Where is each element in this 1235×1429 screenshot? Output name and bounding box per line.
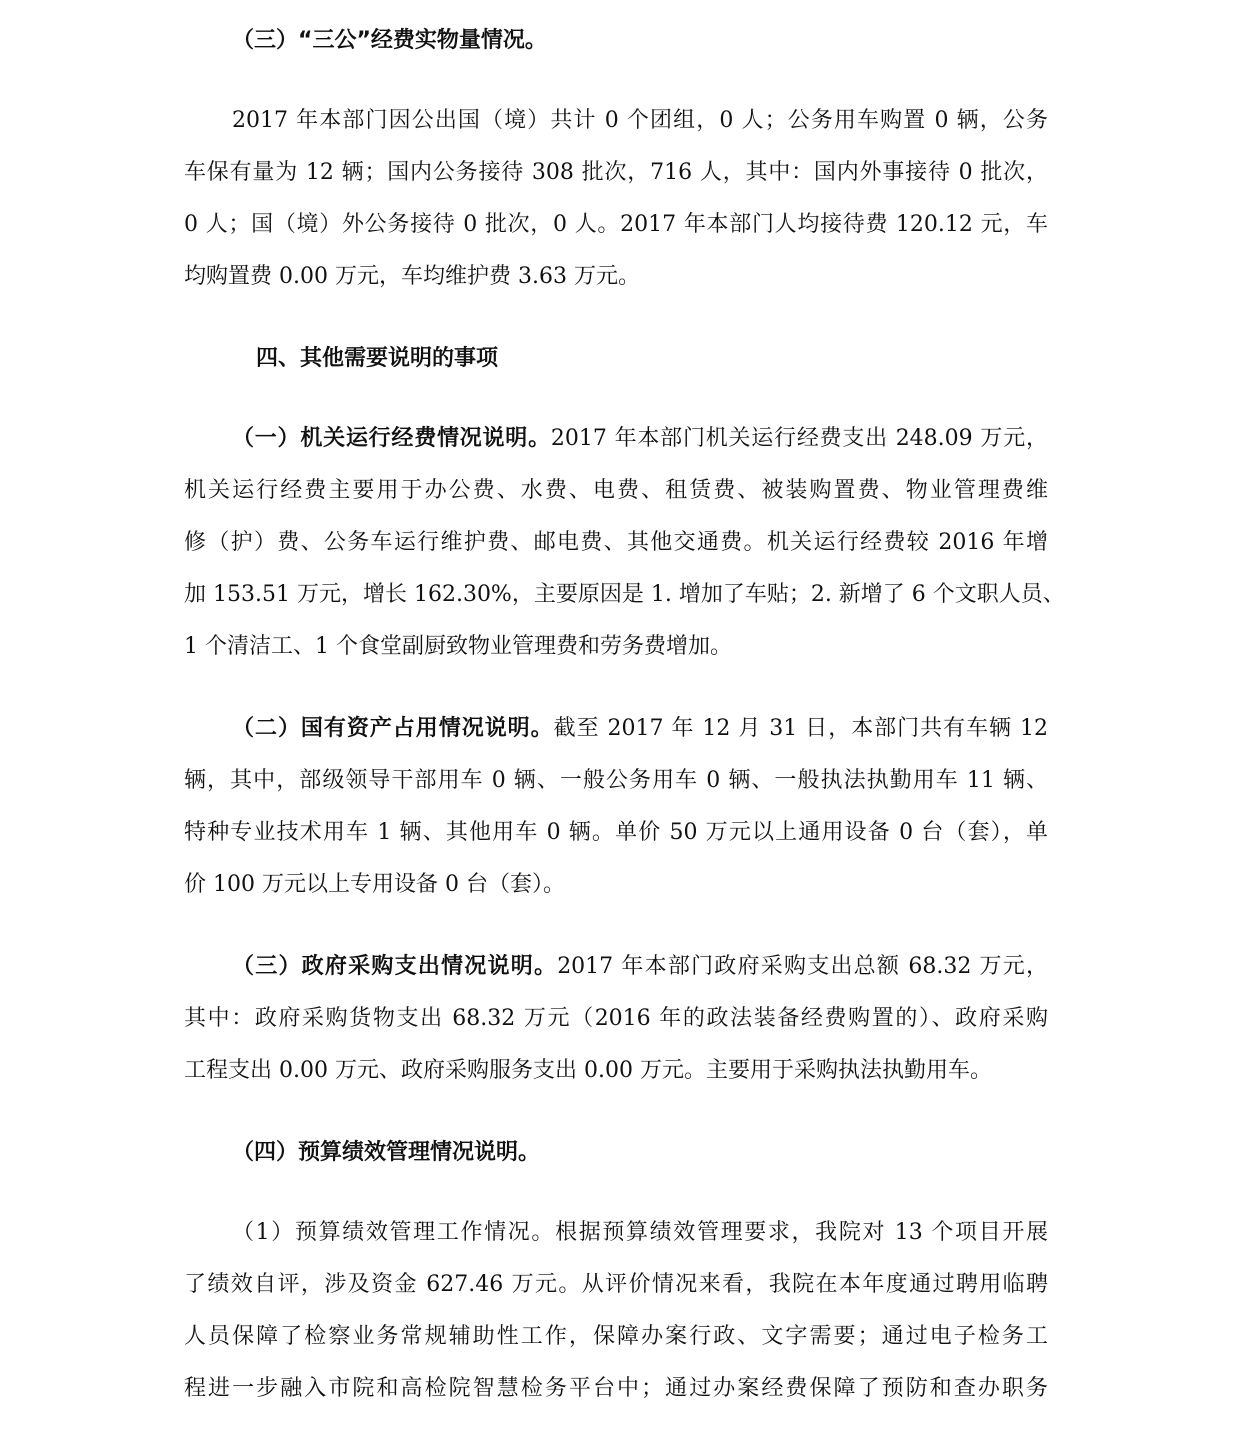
paragraph-first-line: （1）预算绩效管理工作情况。根据预算绩效管理要求，我院对 13 个项目开展	[232, 1218, 1048, 1248]
subsection-title-state-assets: （二）国有资产占用情况说明。	[232, 716, 554, 741]
paragraph-line: 价 100 万元以上专用设备 0 台（套）。	[184, 870, 1048, 900]
subsection-title-operating-costs: （一）机关运行经费情况说明。	[232, 426, 551, 451]
paragraph-line: 了绩效自评，涉及资金 627.46 万元。从评价情况来看，我院在本年度通过聘用临…	[184, 1270, 1048, 1300]
paragraph-first-line: （二）国有资产占用情况说明。截至 2017 年 12 月 31 日，本部门共有车…	[232, 714, 1048, 744]
paragraph-line: 人员保障了检察业务常规辅助性工作，保障办案行政、文字需要；通过电子检务工	[184, 1322, 1048, 1352]
document-page: （三）“三公”经费实物量情况。 2017 年本部门因公出国（境）共计 0 个团组…	[0, 0, 1235, 1429]
section-heading-other-matters: 四、其他需要说明的事项	[256, 344, 1120, 374]
paragraph-line: 工程支出 0.00 万元、政府采购服务支出 0.00 万元。主要用于采购执法执勤…	[184, 1056, 1048, 1086]
paragraph-line: 其中：政府采购货物支出 68.32 万元（2016 年的政法装备经费购置的）、政…	[184, 1004, 1048, 1034]
paragraph-text: 2017 年本部门机关运行经费支出 248.09 万元，	[551, 426, 1048, 451]
subsection-title-performance: （四）预算绩效管理情况说明。	[232, 1138, 1048, 1168]
paragraph-first-line: （三）政府采购支出情况说明。2017 年本部门政府采购支出总额 68.32 万元…	[232, 952, 1048, 982]
paragraph-text: 截至 2017 年 12 月 31 日，本部门共有车辆 12	[554, 716, 1048, 741]
paragraph-line: 0 人；国（境）外公务接待 0 批次，0 人。2017 年本部门人均接待费 12…	[184, 210, 1048, 240]
paragraph-first-line: （一）机关运行经费情况说明。2017 年本部门机关运行经费支出 248.09 万…	[232, 424, 1048, 454]
subsection-title-procurement: （三）政府采购支出情况说明。	[232, 954, 557, 979]
paragraph-line: 均购置费 0.00 万元，车均维护费 3.63 万元。	[184, 262, 1048, 292]
paragraph-line: 机关运行经费主要用于办公费、水费、电费、租赁费、被装购置费、物业管理费维	[184, 476, 1048, 506]
paragraph-line: 车保有量为 12 辆；国内公务接待 308 批次，716 人，其中：国内外事接待…	[184, 158, 1048, 188]
paragraph-line: 辆，其中，部级领导干部用车 0 辆、一般公务用车 0 辆、一般执法执勤用车 11…	[184, 766, 1048, 796]
paragraph-line: 特种专业技术用车 1 辆、其他用车 0 辆。单价 50 万元以上通用设备 0 台…	[184, 818, 1048, 848]
paragraph-text: 2017 年本部门政府采购支出总额 68.32 万元，	[557, 954, 1048, 979]
section-heading-sangong: （三）“三公”经费实物量情况。	[232, 26, 1048, 56]
paragraph-line: 1 个清洁工、1 个食堂副厨致物业管理费和劳务费增加。	[184, 632, 1048, 662]
paragraph-line: 修（护）费、公务车运行维护费、邮电费、其他交通费。机关运行经费较 2016 年增	[184, 528, 1048, 558]
paragraph-line: 程进一步融入市院和高检院智慧检务平台中；通过办案经费保障了预防和查办职务	[184, 1374, 1048, 1404]
paragraph-line: 2017 年本部门因公出国（境）共计 0 个团组，0 人；公务用车购置 0 辆，…	[232, 106, 1048, 136]
paragraph-line: 加 153.51 万元，增长 162.30%，主要原因是 1. 增加了车贴；2.…	[184, 580, 1048, 610]
